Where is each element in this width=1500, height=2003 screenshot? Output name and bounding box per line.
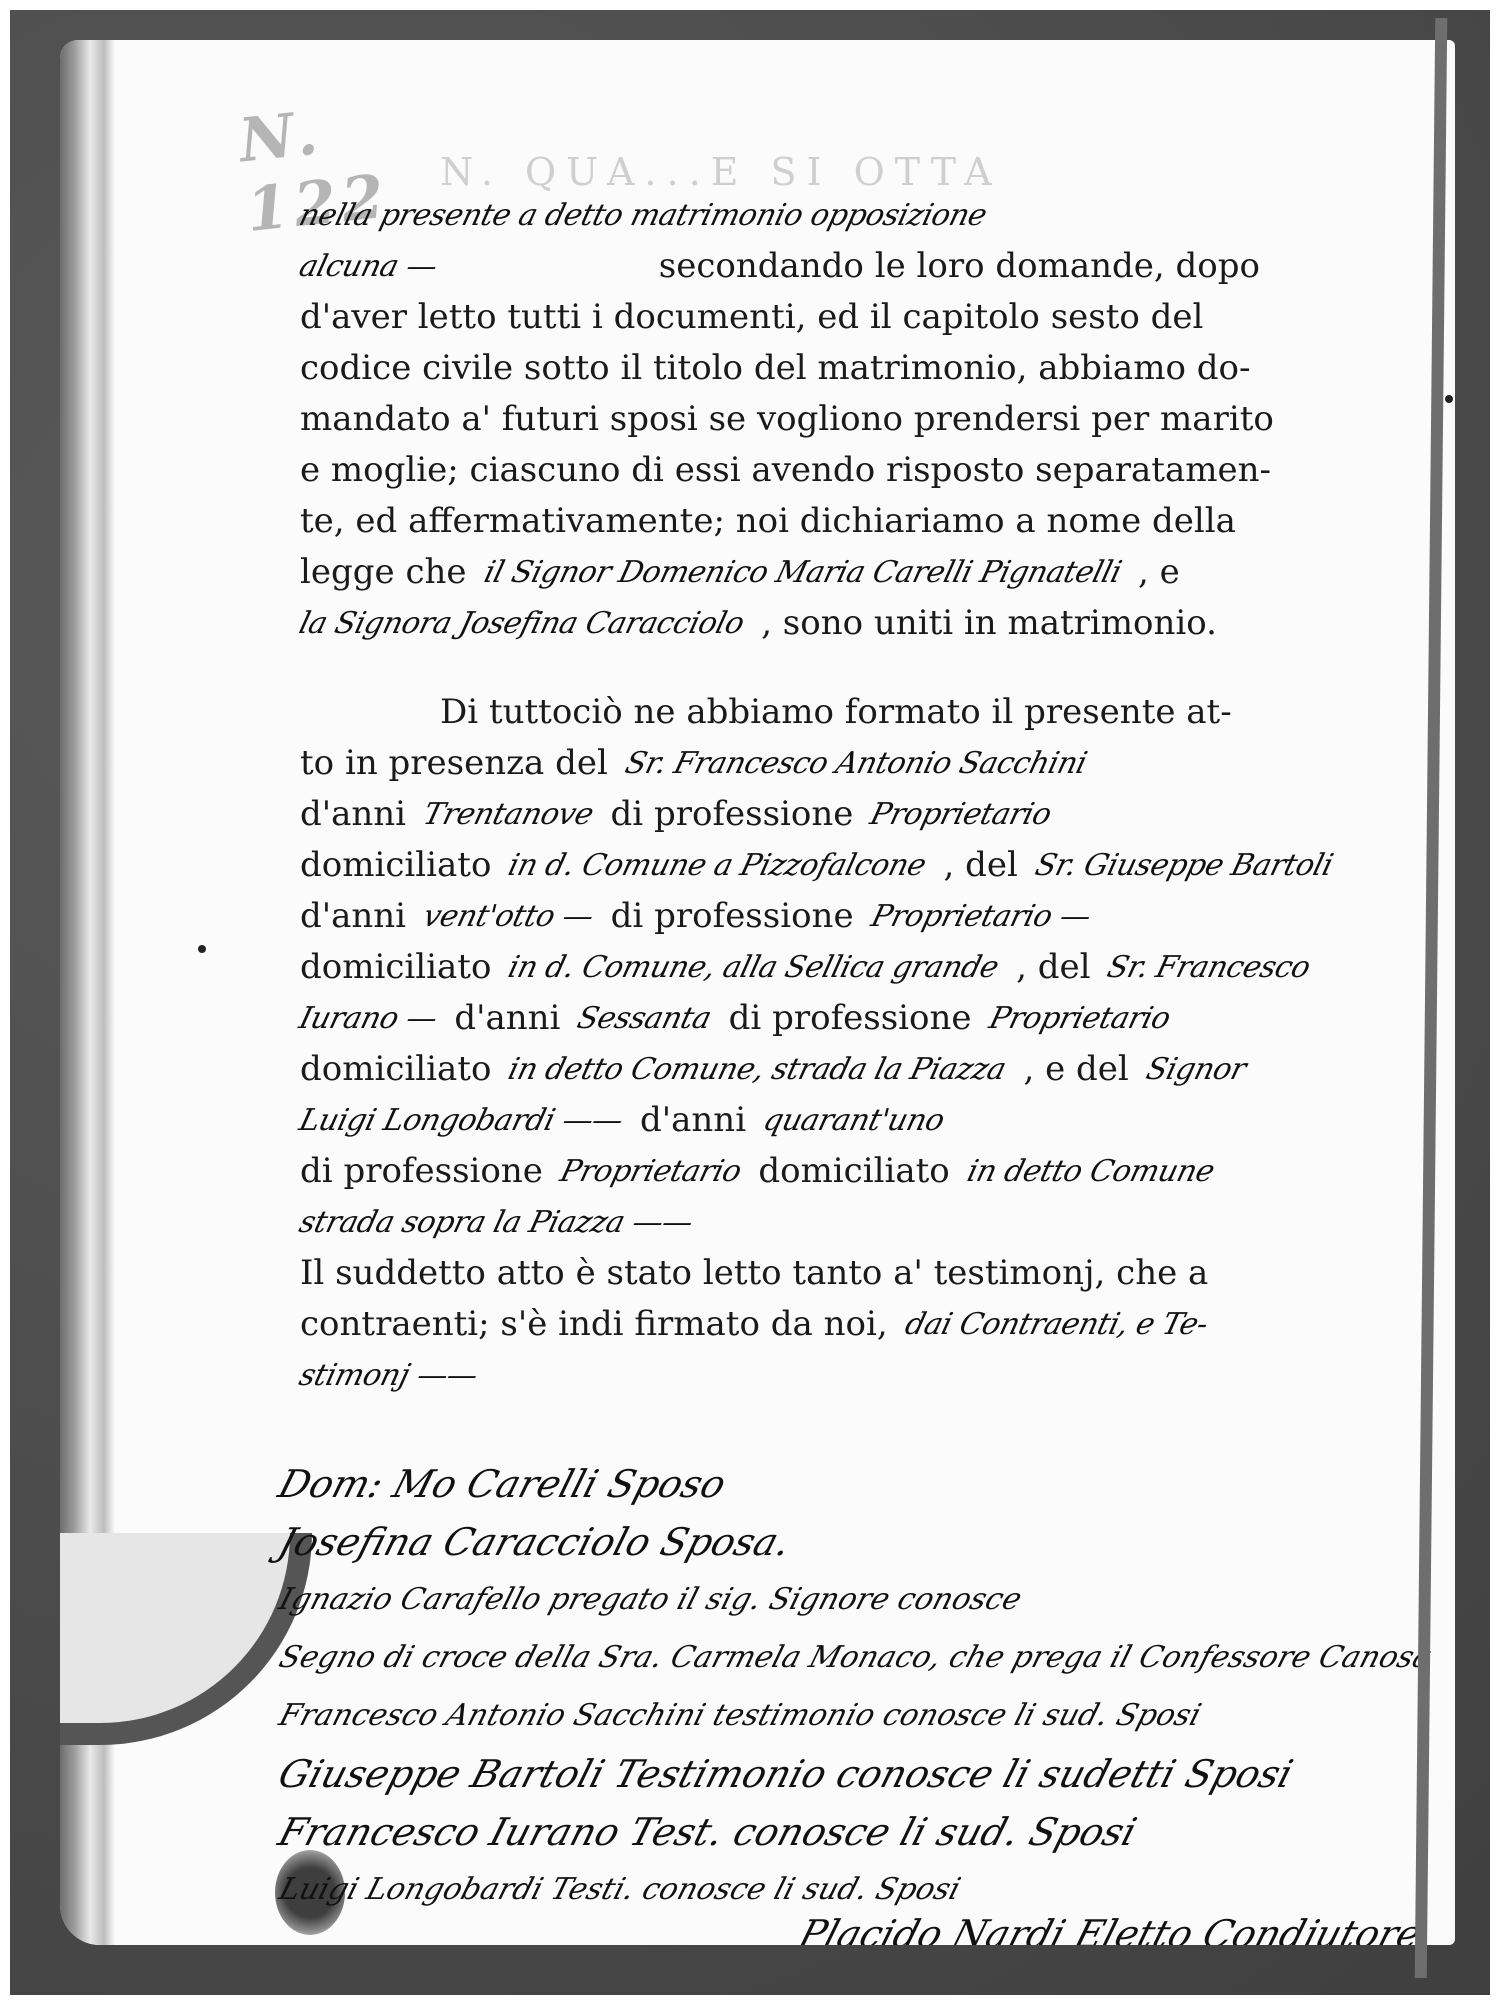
text-line: alcuna — secondando le loro domande, dop… <box>300 241 1260 292</box>
printed-text: domiciliato <box>300 1044 491 1095</box>
witness-3-surname: Iurano — <box>294 993 443 1044</box>
printed-text: di professione <box>300 1146 543 1197</box>
text-line: domiciliato in d. Comune, alla Sellica g… <box>300 942 1260 993</box>
printed-text: , del <box>1016 942 1090 993</box>
witness-3-age: Sessanta <box>572 993 717 1044</box>
text-line: codice civile sotto il titolo del matrim… <box>300 343 1260 394</box>
witness-1-age: Trentanove <box>418 789 599 840</box>
witness-4-profession: Proprietario <box>555 1146 747 1197</box>
handwritten-entry: nella presente a detto matrimonio opposi… <box>294 190 993 241</box>
printed-text: mandato a' futuri sposi se vogliono pren… <box>300 394 1274 445</box>
witness-2-profession: Proprietario — <box>865 891 1096 942</box>
printed-text: secondando le loro domande, dopo <box>659 241 1260 292</box>
witness-4-title: Signor <box>1140 1044 1251 1095</box>
text-line: legge che il Signor Domenico Maria Carel… <box>300 547 1260 598</box>
printed-text: contraenti; s'è indi firmato da noi, <box>300 1299 888 1350</box>
printed-text: legge che <box>300 547 467 598</box>
printed-text: d'anni <box>454 993 560 1044</box>
printed-text: d'anni <box>300 789 406 840</box>
printed-text: , e del <box>1023 1044 1128 1095</box>
witness-1-domicile: in d. Comune a Pizzofalcone <box>503 840 932 891</box>
text-line: nella presente a detto matrimonio opposi… <box>300 190 1260 241</box>
witness-3-domicile: in detto Comune, strada la Piazza <box>503 1044 1012 1095</box>
bleedthrough-header: N. QUA...E SI OTTA <box>440 150 1140 194</box>
printed-text: domiciliato <box>758 1146 949 1197</box>
text-line: d'aver letto tutti i documenti, ed il ca… <box>300 292 1260 343</box>
text-line: te, ed affermativamente; noi dichiariamo… <box>300 496 1260 547</box>
text-line: d'anni Trentanove di professione Proprie… <box>300 789 1260 840</box>
printed-text: Il suddetto atto è stato letto tanto a' … <box>300 1248 1208 1299</box>
printed-text: , e <box>1138 547 1180 598</box>
signature-witness-1: Francesco Antonio Sacchini testimonio co… <box>272 1687 1439 1745</box>
witness-4-street: strada sopra la Piazza —— <box>294 1197 699 1248</box>
witness-3-name: Sr. Francesco <box>1102 942 1316 993</box>
witness-1-name: Sr. Francesco Antonio Sacchini <box>620 738 1093 789</box>
text-line: domiciliato in detto Comune, strada la P… <box>300 1044 1260 1095</box>
text-line: la Signora Josefina Caracciolo , sono un… <box>300 598 1260 649</box>
printed-text: e moglie; ciascuno di essi avendo rispos… <box>300 445 1271 496</box>
text-line: domiciliato in d. Comune a Pizzofalcone … <box>300 840 1260 891</box>
witness-2-age: vent'otto — <box>418 891 599 942</box>
witness-1-profession: Proprietario <box>865 789 1057 840</box>
printed-form-body: nella presente a detto matrimonio opposi… <box>300 190 1260 1401</box>
text-line: e moglie; ciascuno di essi avendo rispos… <box>300 445 1260 496</box>
witness-2-domicile: in d. Comune, alla Sellica grande <box>503 942 1004 993</box>
printed-text: Di tuttociò ne abbiamo formato il presen… <box>440 687 1232 738</box>
text-line: strada sopra la Piazza —— <box>300 1197 1260 1248</box>
printed-text: domiciliato <box>300 840 491 891</box>
bride-name: la Signora Josefina Caracciolo <box>294 598 750 649</box>
printed-text: di professione <box>611 891 854 942</box>
printed-text: d'anni <box>300 891 406 942</box>
signature-proxy: Ignazio Carafello pregato il sig. Signor… <box>272 1571 1439 1629</box>
handwritten-entry: dai Contraenti, e Te- <box>899 1299 1213 1350</box>
bleedthrough-page-number: N. 122 <box>236 84 464 197</box>
witness-4-domicile: in detto Comune <box>961 1146 1219 1197</box>
text-line: to in presenza del Sr. Francesco Antonio… <box>300 738 1260 789</box>
printed-text: , sono uniti in matrimonio. <box>761 598 1217 649</box>
text-line: Iurano — d'anni Sessanta di professione … <box>300 993 1260 1044</box>
signature-witness-3: Francesco Iurano Test. conosce li sud. S… <box>272 1803 1439 1861</box>
document-page: N. 122 N. QUA...E SI OTTA nella presente… <box>60 40 1455 1945</box>
margin-mark <box>198 945 206 953</box>
printed-text: di professione <box>729 993 972 1044</box>
handwritten-entry: stimonj —— <box>294 1350 483 1401</box>
margin-mark <box>1445 395 1453 403</box>
signature-groom: Dom: Mo Carelli Sposo <box>272 1455 1439 1513</box>
printed-text: domiciliato <box>300 942 491 993</box>
signature-bride: Josefina Caracciolo Sposa. <box>272 1513 1439 1571</box>
text-line: Il suddetto atto è stato letto tanto a' … <box>300 1248 1260 1299</box>
printed-text: , del <box>943 840 1017 891</box>
witness-4-name: Luigi Longobardi —— <box>294 1095 629 1146</box>
text-line: mandato a' futuri sposi se vogliono pren… <box>300 394 1260 445</box>
text-line: Di tuttociò ne abbiamo formato il presen… <box>300 687 1260 738</box>
printed-text: to in presenza del <box>300 738 608 789</box>
witness-4-age: quarant'uno <box>758 1095 950 1146</box>
printed-text: d'aver letto tutti i documenti, ed il ca… <box>300 292 1203 343</box>
printed-text: codice civile sotto il titolo del matrim… <box>300 343 1250 394</box>
signature-block: Dom: Mo Carelli Sposo Josefina Caracciol… <box>280 1455 1430 1945</box>
text-line: di professione Proprietario domiciliato … <box>300 1146 1260 1197</box>
signature-witness-2: Giuseppe Bartoli Testimonio conosce li s… <box>272 1745 1439 1803</box>
text-line: Luigi Longobardi —— d'anni quarant'uno <box>300 1095 1260 1146</box>
printed-text: di professione <box>611 789 854 840</box>
signature-officer: Placido Nardi Eletto Condjutore <box>272 1905 1439 1945</box>
witness-2-name: Sr. Giuseppe Bartoli <box>1029 840 1338 891</box>
handwritten-entry: alcuna — <box>294 241 443 292</box>
text-line: contraenti; s'è indi firmato da noi, dai… <box>300 1299 1260 1350</box>
text-line: stimonj —— <box>300 1350 1260 1401</box>
text-line: d'anni vent'otto — di professione Propri… <box>300 891 1260 942</box>
witness-3-profession: Proprietario <box>983 993 1175 1044</box>
groom-name: il Signor Domenico Maria Carelli Pignate… <box>478 547 1126 598</box>
printed-text: te, ed affermativamente; noi dichiariamo… <box>300 496 1236 547</box>
printed-text: d'anni <box>640 1095 746 1146</box>
signature-cross-mark: Segno di croce della Sra. Carmela Monaco… <box>272 1629 1439 1687</box>
